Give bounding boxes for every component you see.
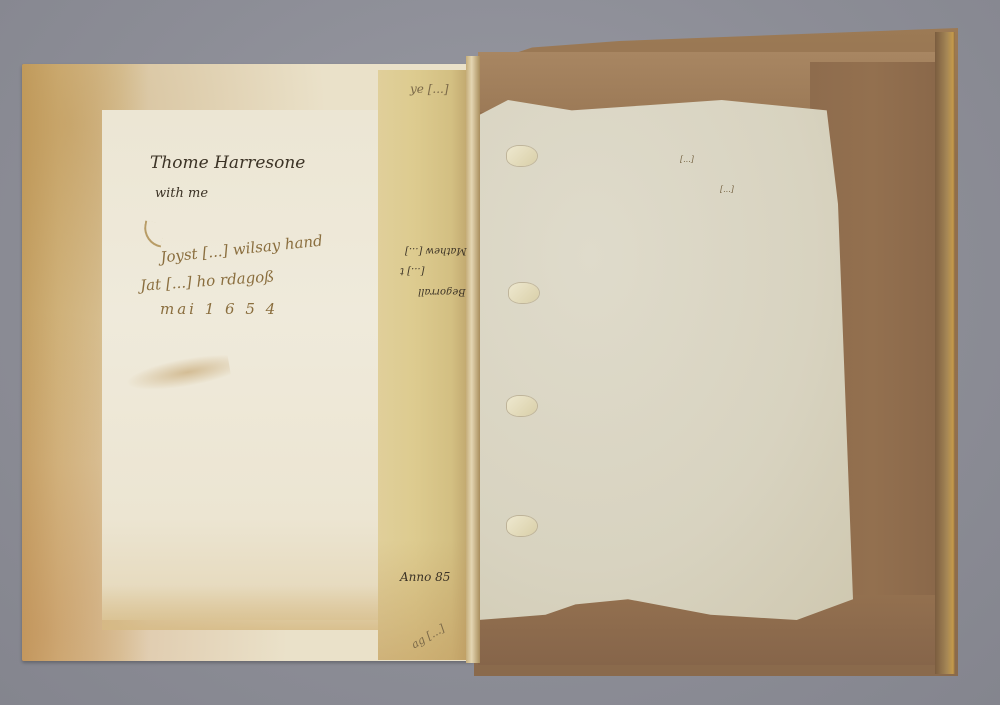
sewing-tab-2 bbox=[509, 283, 539, 303]
torn-waste-paper bbox=[478, 100, 853, 620]
inscription-note: with me bbox=[155, 186, 208, 201]
gutter-inscription-upside-1: Mathew [...] bbox=[405, 245, 467, 256]
gutter-inscription-upside-3: Begorrall bbox=[418, 286, 466, 297]
gutter-inscription-anno: Anno 85 bbox=[400, 570, 450, 584]
waste-mark-1: [...] bbox=[680, 155, 694, 164]
book-spine bbox=[466, 56, 480, 663]
inscription-owner-name: Thome Harresone bbox=[150, 153, 305, 173]
sewing-tab-1 bbox=[507, 146, 537, 166]
flyleaf-stain bbox=[102, 585, 384, 630]
gutter-inscription-upside-2: [...] t bbox=[400, 265, 425, 276]
sewing-tab-4 bbox=[507, 516, 537, 536]
sewing-tab-3 bbox=[507, 396, 537, 416]
gutter-inscription-top: ye [...] bbox=[410, 82, 449, 96]
board-edge bbox=[935, 32, 955, 674]
inscription-date: mai 1 6 5 4 bbox=[160, 300, 278, 318]
waste-mark-2: [...] bbox=[720, 185, 734, 194]
